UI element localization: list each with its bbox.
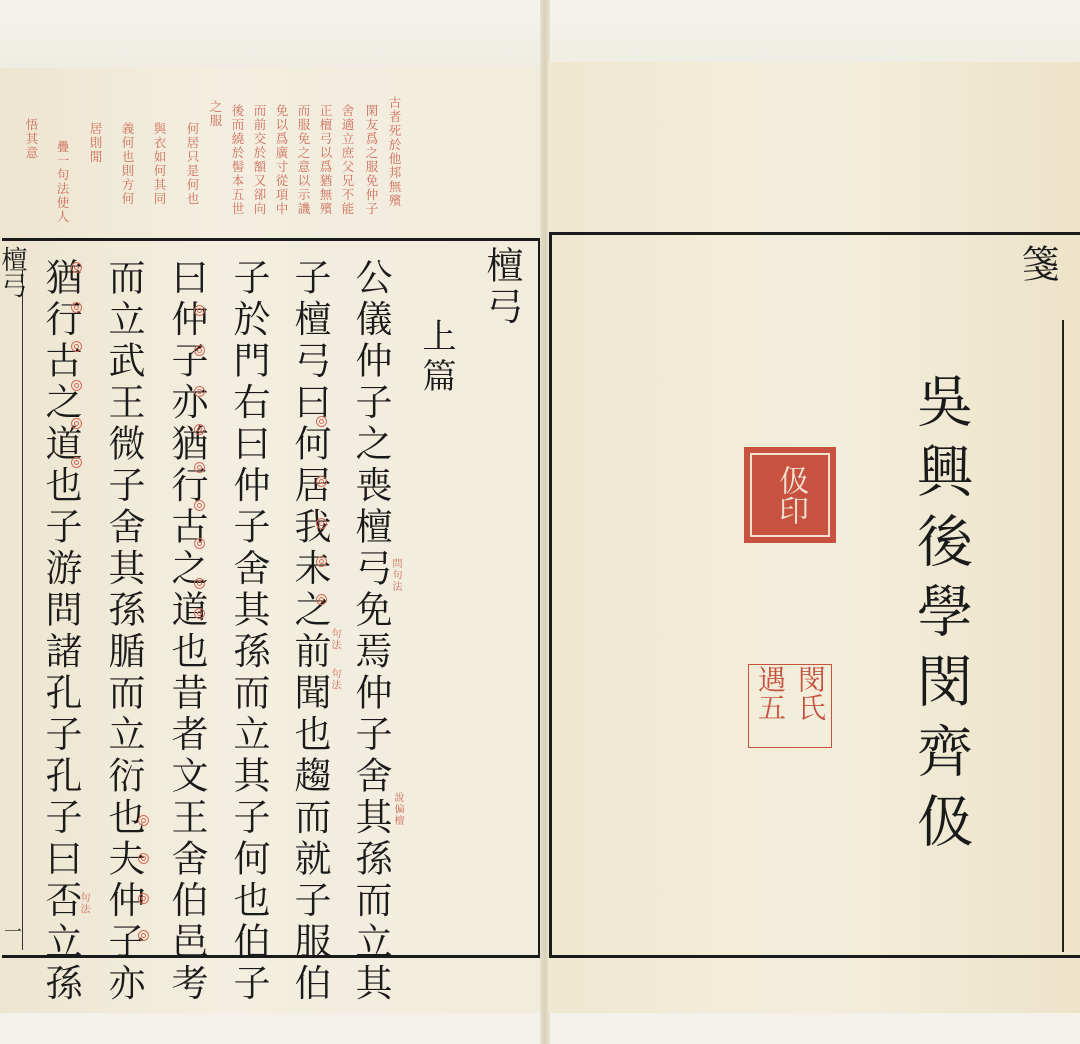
header-note: 免以爲廣寸從項中 <box>274 104 288 216</box>
emphasis-circle-icon <box>194 608 205 619</box>
margin-note: 說偏檀 <box>390 792 404 827</box>
header-note: 與衣如何其同 <box>152 122 166 206</box>
emphasis-circle-icon <box>194 538 205 549</box>
fold-column-rule <box>22 270 23 950</box>
emphasis-circle-icon <box>71 457 82 468</box>
text-column: 曰仲子亦猶行古之道也昔者文王舍伯邑考 <box>164 258 208 1005</box>
emphasis-circle-icon <box>194 386 205 397</box>
header-note: 古者死於他邦無殯 <box>387 96 401 208</box>
emphasis-circle-icon <box>138 853 149 864</box>
margin-note: 句法 <box>327 628 341 651</box>
emphasis-circle-icon <box>194 578 205 589</box>
emphasis-circle-icon <box>316 556 327 567</box>
emphasis-circle-icon <box>316 476 327 487</box>
page-number: 一 <box>4 918 22 944</box>
header-note: 疊一句法使人 <box>55 140 69 224</box>
emphasis-circle-icon <box>71 418 82 429</box>
text-column: 公儀仲子之喪檀弓免焉仲子舍其孫而立其 <box>348 258 392 1005</box>
emphasis-circle-icon <box>71 380 82 391</box>
emphasis-circle-icon <box>194 424 205 435</box>
seal-intaglio: 閔氏遇五 <box>748 664 832 748</box>
corner-character: 箋 <box>1010 244 1065 282</box>
margin-note: 句法 <box>327 668 341 691</box>
header-note: 而前交於額又卻向 <box>252 104 266 216</box>
header-note: 閑友爲之服免仲子 <box>364 104 378 216</box>
emphasis-circle-icon <box>316 518 327 529</box>
right-page-frame <box>549 232 1080 958</box>
seal-text: 閔氏遇五 <box>750 665 830 747</box>
emphasis-circle-icon <box>194 305 205 316</box>
emphasis-circle-icon <box>316 416 327 427</box>
header-note: 居則閒 <box>88 122 102 164</box>
margin-note: 句法 <box>76 892 90 915</box>
chapter-title: 檀弓 <box>474 246 528 328</box>
emphasis-circle-icon <box>194 462 205 473</box>
seal-relief: 伋印 <box>744 447 836 543</box>
text-column: 子於門右曰仲子舍其孫而立其子何也伯子 <box>226 258 270 1005</box>
emphasis-circle-icon <box>316 594 327 605</box>
header-note: 何居只是何也 <box>185 122 199 206</box>
seal-text: 伋印 <box>768 465 812 525</box>
header-note: 後而繞於髻本五世 <box>230 104 244 216</box>
text-column: 子檀弓曰何居我未之前聞也趨而就子服伯 <box>287 258 331 1005</box>
emphasis-circle-icon <box>138 893 149 904</box>
right-inner-rule <box>1062 320 1064 952</box>
emphasis-circle-icon <box>194 500 205 511</box>
emphasis-circle-icon <box>71 341 82 352</box>
header-note: 悟其意 <box>24 118 38 160</box>
text-column: 而立武王微子舍其孫腯而立衍也夫仲子亦 <box>101 258 145 1005</box>
fold-chapter-title: 檀弓 <box>0 246 31 298</box>
header-note: 之服 <box>208 100 222 128</box>
emphasis-circle-icon <box>194 345 205 356</box>
emphasis-circle-icon <box>138 815 149 826</box>
header-note: 義何也則方何 <box>120 122 134 206</box>
emphasis-circle-icon <box>71 262 82 273</box>
margin-note: 問句法 <box>388 558 402 593</box>
header-note: 而服免之意以示譏 <box>296 104 310 216</box>
header-note: 正檀弓以爲猶無殯 <box>318 104 332 216</box>
header-note: 舍適立庶父兄不能 <box>340 104 354 216</box>
signature-line: 吳興後學閔齊伋 <box>900 372 980 862</box>
emphasis-circle-icon <box>71 302 82 313</box>
section-title: 上篇 <box>412 318 461 398</box>
emphasis-circle-icon <box>138 930 149 941</box>
